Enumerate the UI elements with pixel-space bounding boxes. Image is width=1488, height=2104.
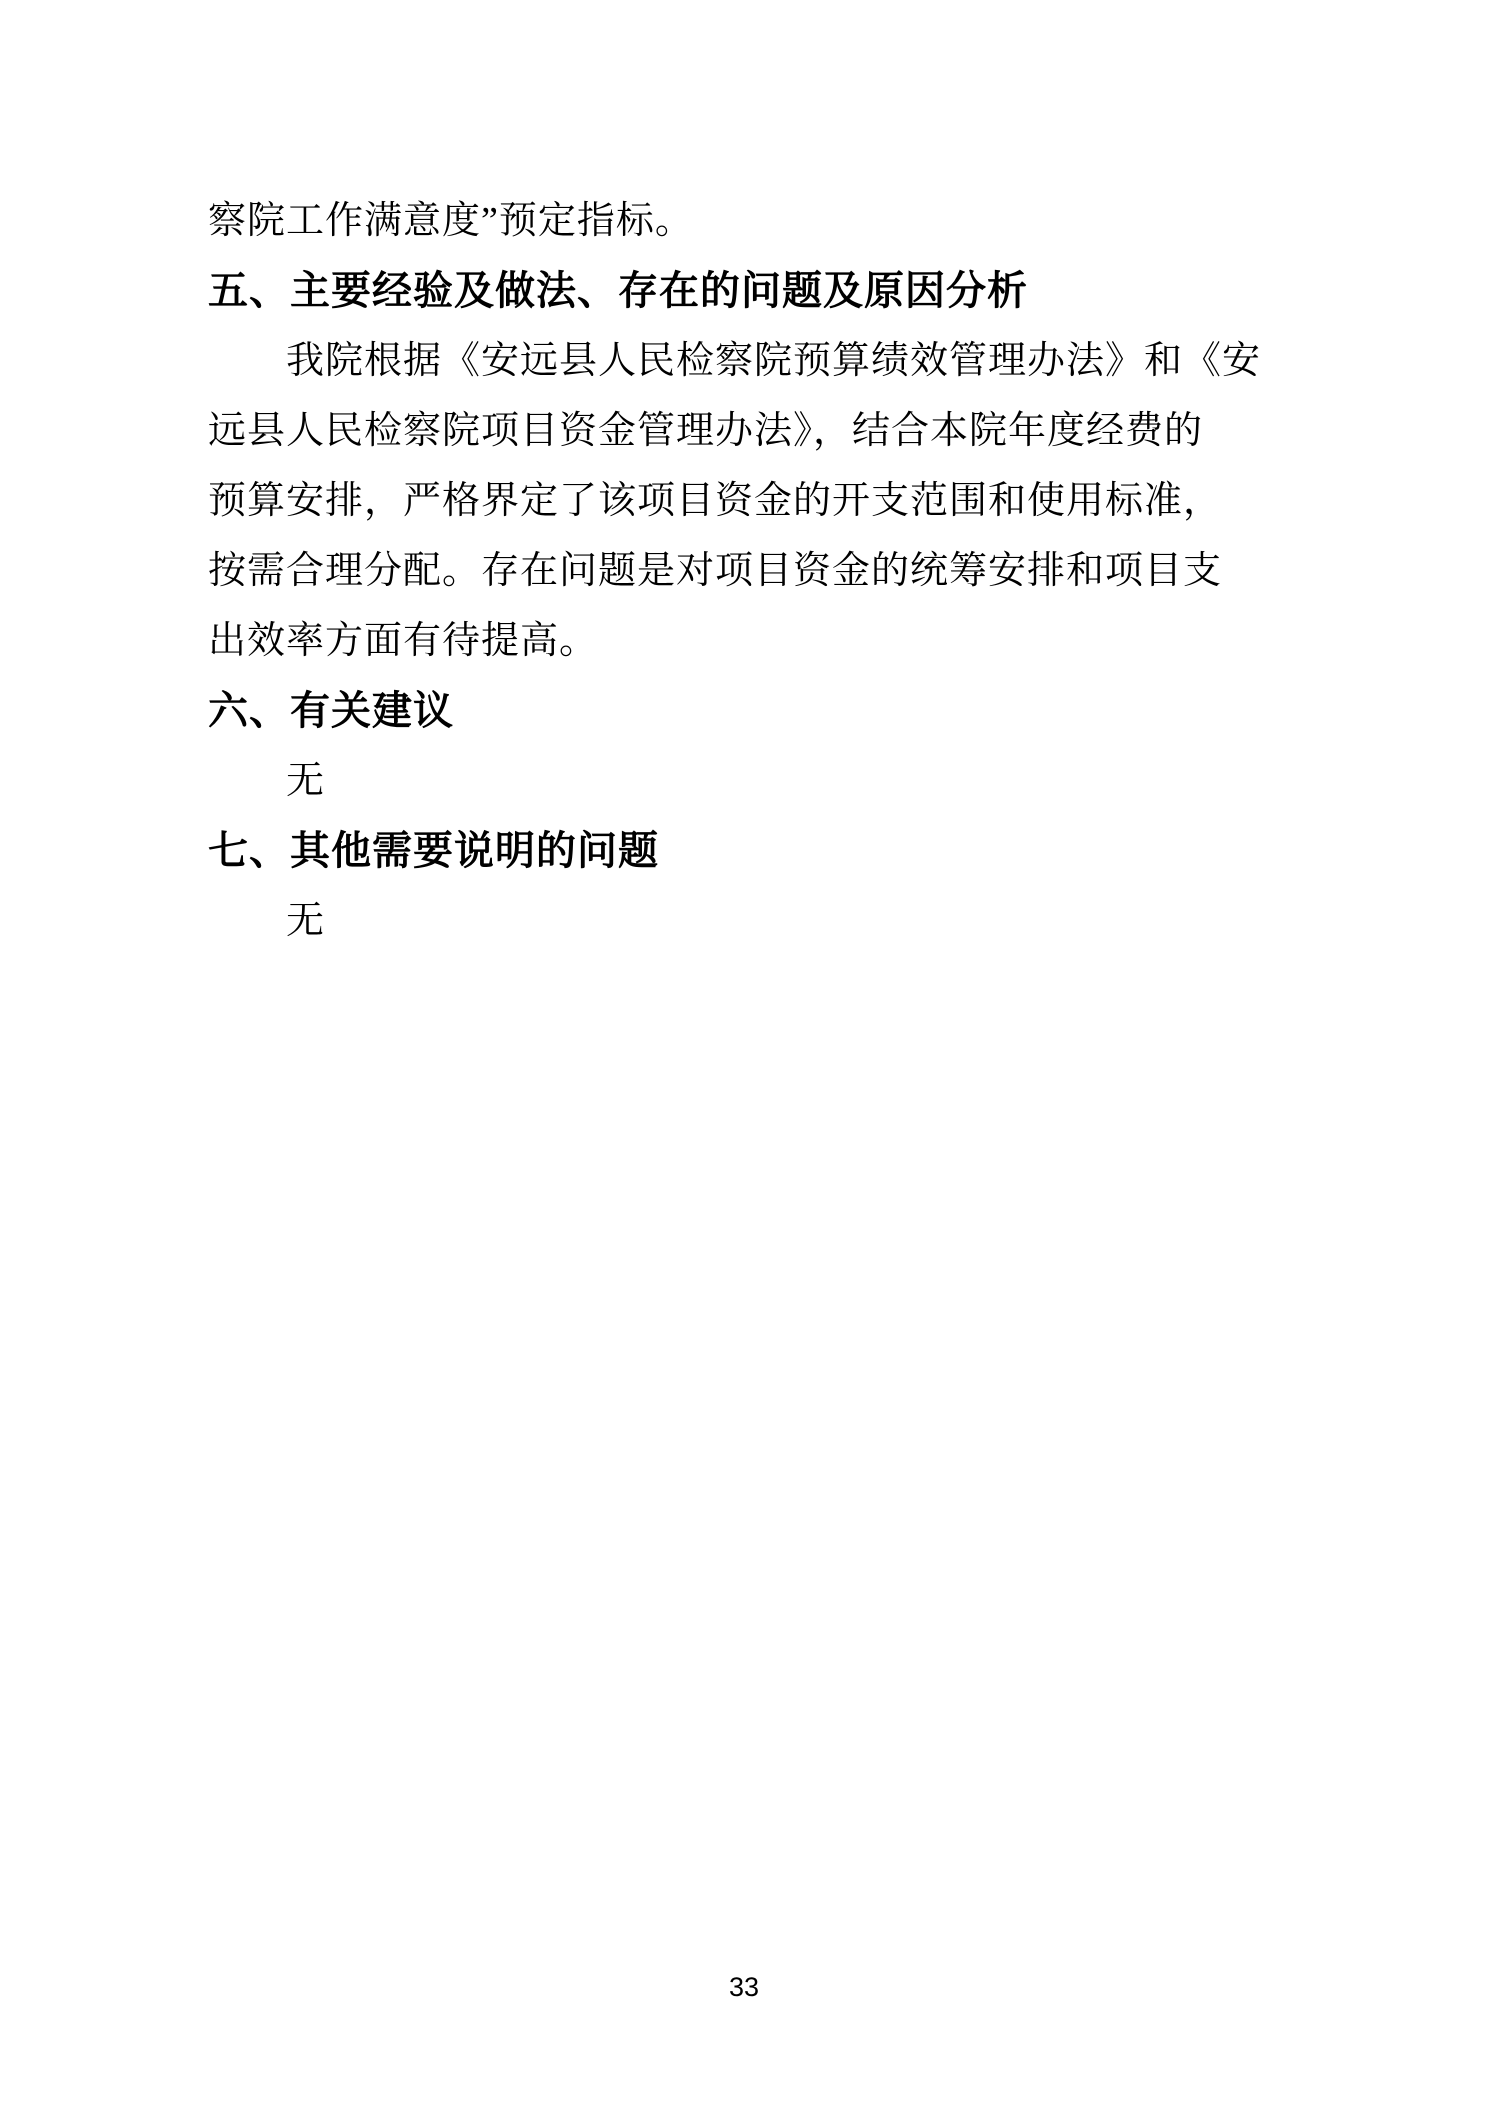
section-heading-7: 七、其他需要说明的问题 bbox=[208, 816, 1283, 886]
section-heading-6: 六、有关建议 bbox=[208, 676, 1283, 746]
section-7-answer: 无 bbox=[208, 886, 1283, 956]
text-line-continuation: 察院工作满意度”预定指标。 bbox=[208, 186, 1283, 256]
paragraph-5-line-1: 我院根据《安远县人民检察院预算绩效管理办法》和《安 bbox=[208, 326, 1283, 396]
paragraph-5-line-4: 按需合理分配。存在问题是对项目资金的统筹安排和项目支 bbox=[208, 536, 1283, 606]
document-content: 察院工作满意度”预定指标。 五、主要经验及做法、存在的问题及原因分析 我院根据《… bbox=[208, 186, 1283, 956]
page-number: 33 bbox=[729, 1972, 759, 2002]
paragraph-5-line-2: 远县人民检察院项目资金管理办法》，结合本院年度经费的 bbox=[208, 396, 1283, 466]
section-6-answer: 无 bbox=[208, 746, 1283, 816]
section-heading-5: 五、主要经验及做法、存在的问题及原因分析 bbox=[208, 256, 1283, 326]
paragraph-5-line-5: 出效率方面有待提高。 bbox=[208, 606, 1283, 676]
paragraph-5-line-3: 预算安排，严格界定了该项目资金的开支范围和使用标准， bbox=[208, 466, 1283, 536]
page-footer: 33 bbox=[0, 1972, 1488, 2003]
document-page: 察院工作满意度”预定指标。 五、主要经验及做法、存在的问题及原因分析 我院根据《… bbox=[0, 0, 1488, 2104]
